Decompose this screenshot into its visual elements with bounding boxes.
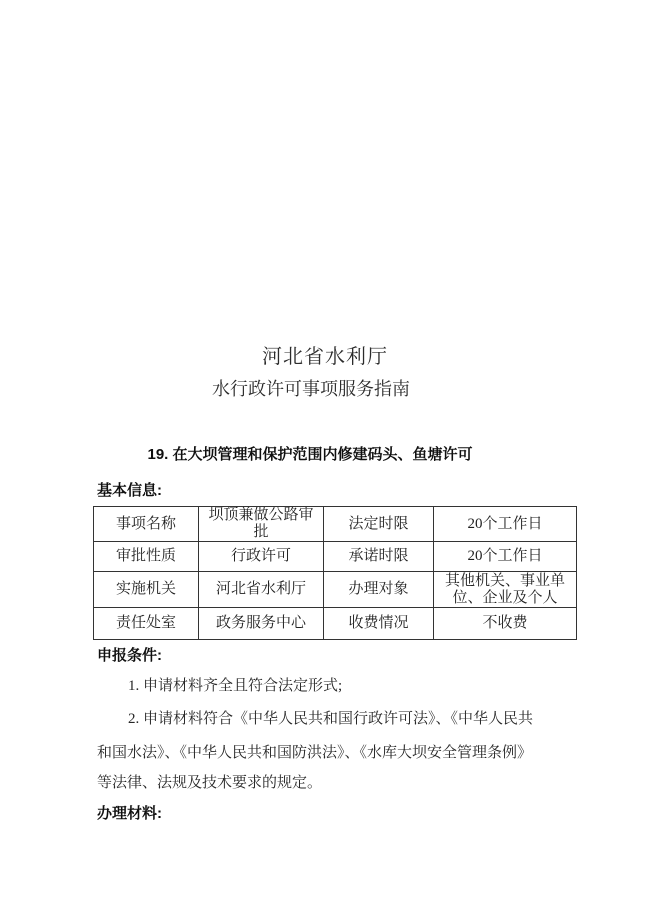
condition-item-2-line3: 等法律、法规及技术要求的规定。: [97, 773, 322, 793]
field-value-cell: 20个工作日: [434, 507, 577, 542]
field-value-cell: 坝顶兼做公路审批: [199, 507, 324, 542]
field-value-cell: 20个工作日: [434, 542, 577, 572]
basic-info-label: 基本信息:: [97, 481, 162, 500]
field-label-cell: 收费情况: [324, 608, 434, 640]
field-value-cell: 政务服务中心: [199, 608, 324, 640]
field-value-cell: 其他机关、事业单位、企业及个人: [434, 572, 577, 608]
table-row: 审批性质 行政许可 承诺时限 20个工作日: [94, 542, 577, 572]
table-row: 事项名称 坝顶兼做公路审批 法定时限 20个工作日: [94, 507, 577, 542]
condition-item-2-line2: 和国水法》、《中华人民共和国防洪法》、《水库大坝安全管理条例》: [97, 743, 532, 763]
doc-title-line2: 水行政许可事项服务指南: [0, 377, 622, 401]
table-row: 责任处室 政务服务中心 收费情况 不收费: [94, 608, 577, 640]
field-label-cell: 承诺时限: [324, 542, 434, 572]
table-row: 实施机关 河北省水利厅 办理对象 其他机关、事业单位、企业及个人: [94, 572, 577, 608]
field-label-cell: 事项名称: [94, 507, 199, 542]
conditions-label: 申报条件:: [97, 646, 162, 665]
document-page: 河北省水利厅 水行政许可事项服务指南 19. 在大坝管理和保护范围内修建码头、鱼…: [0, 0, 650, 919]
field-value-cell: 行政许可: [199, 542, 324, 572]
field-label-cell: 实施机关: [94, 572, 199, 608]
section-heading: 19. 在大坝管理和保护范围内修建码头、鱼塘许可: [0, 445, 620, 465]
field-label-cell: 办理对象: [324, 572, 434, 608]
doc-title-line1: 河北省水利厅: [0, 344, 650, 370]
field-value-cell: 不收费: [434, 608, 577, 640]
field-label-cell: 责任处室: [94, 608, 199, 640]
condition-item-1: 1. 申请材料齐全且符合法定形式;: [128, 676, 342, 696]
basic-info-table: 事项名称 坝顶兼做公路审批 法定时限 20个工作日 审批性质 行政许可 承诺时限…: [93, 506, 577, 640]
condition-item-2-line1: 2. 申请材料符合《中华人民共和国行政许可法》、《中华人民共: [128, 709, 533, 729]
field-label-cell: 审批性质: [94, 542, 199, 572]
field-value-cell: 河北省水利厅: [199, 572, 324, 608]
materials-label: 办理材料:: [97, 804, 162, 823]
field-label-cell: 法定时限: [324, 507, 434, 542]
